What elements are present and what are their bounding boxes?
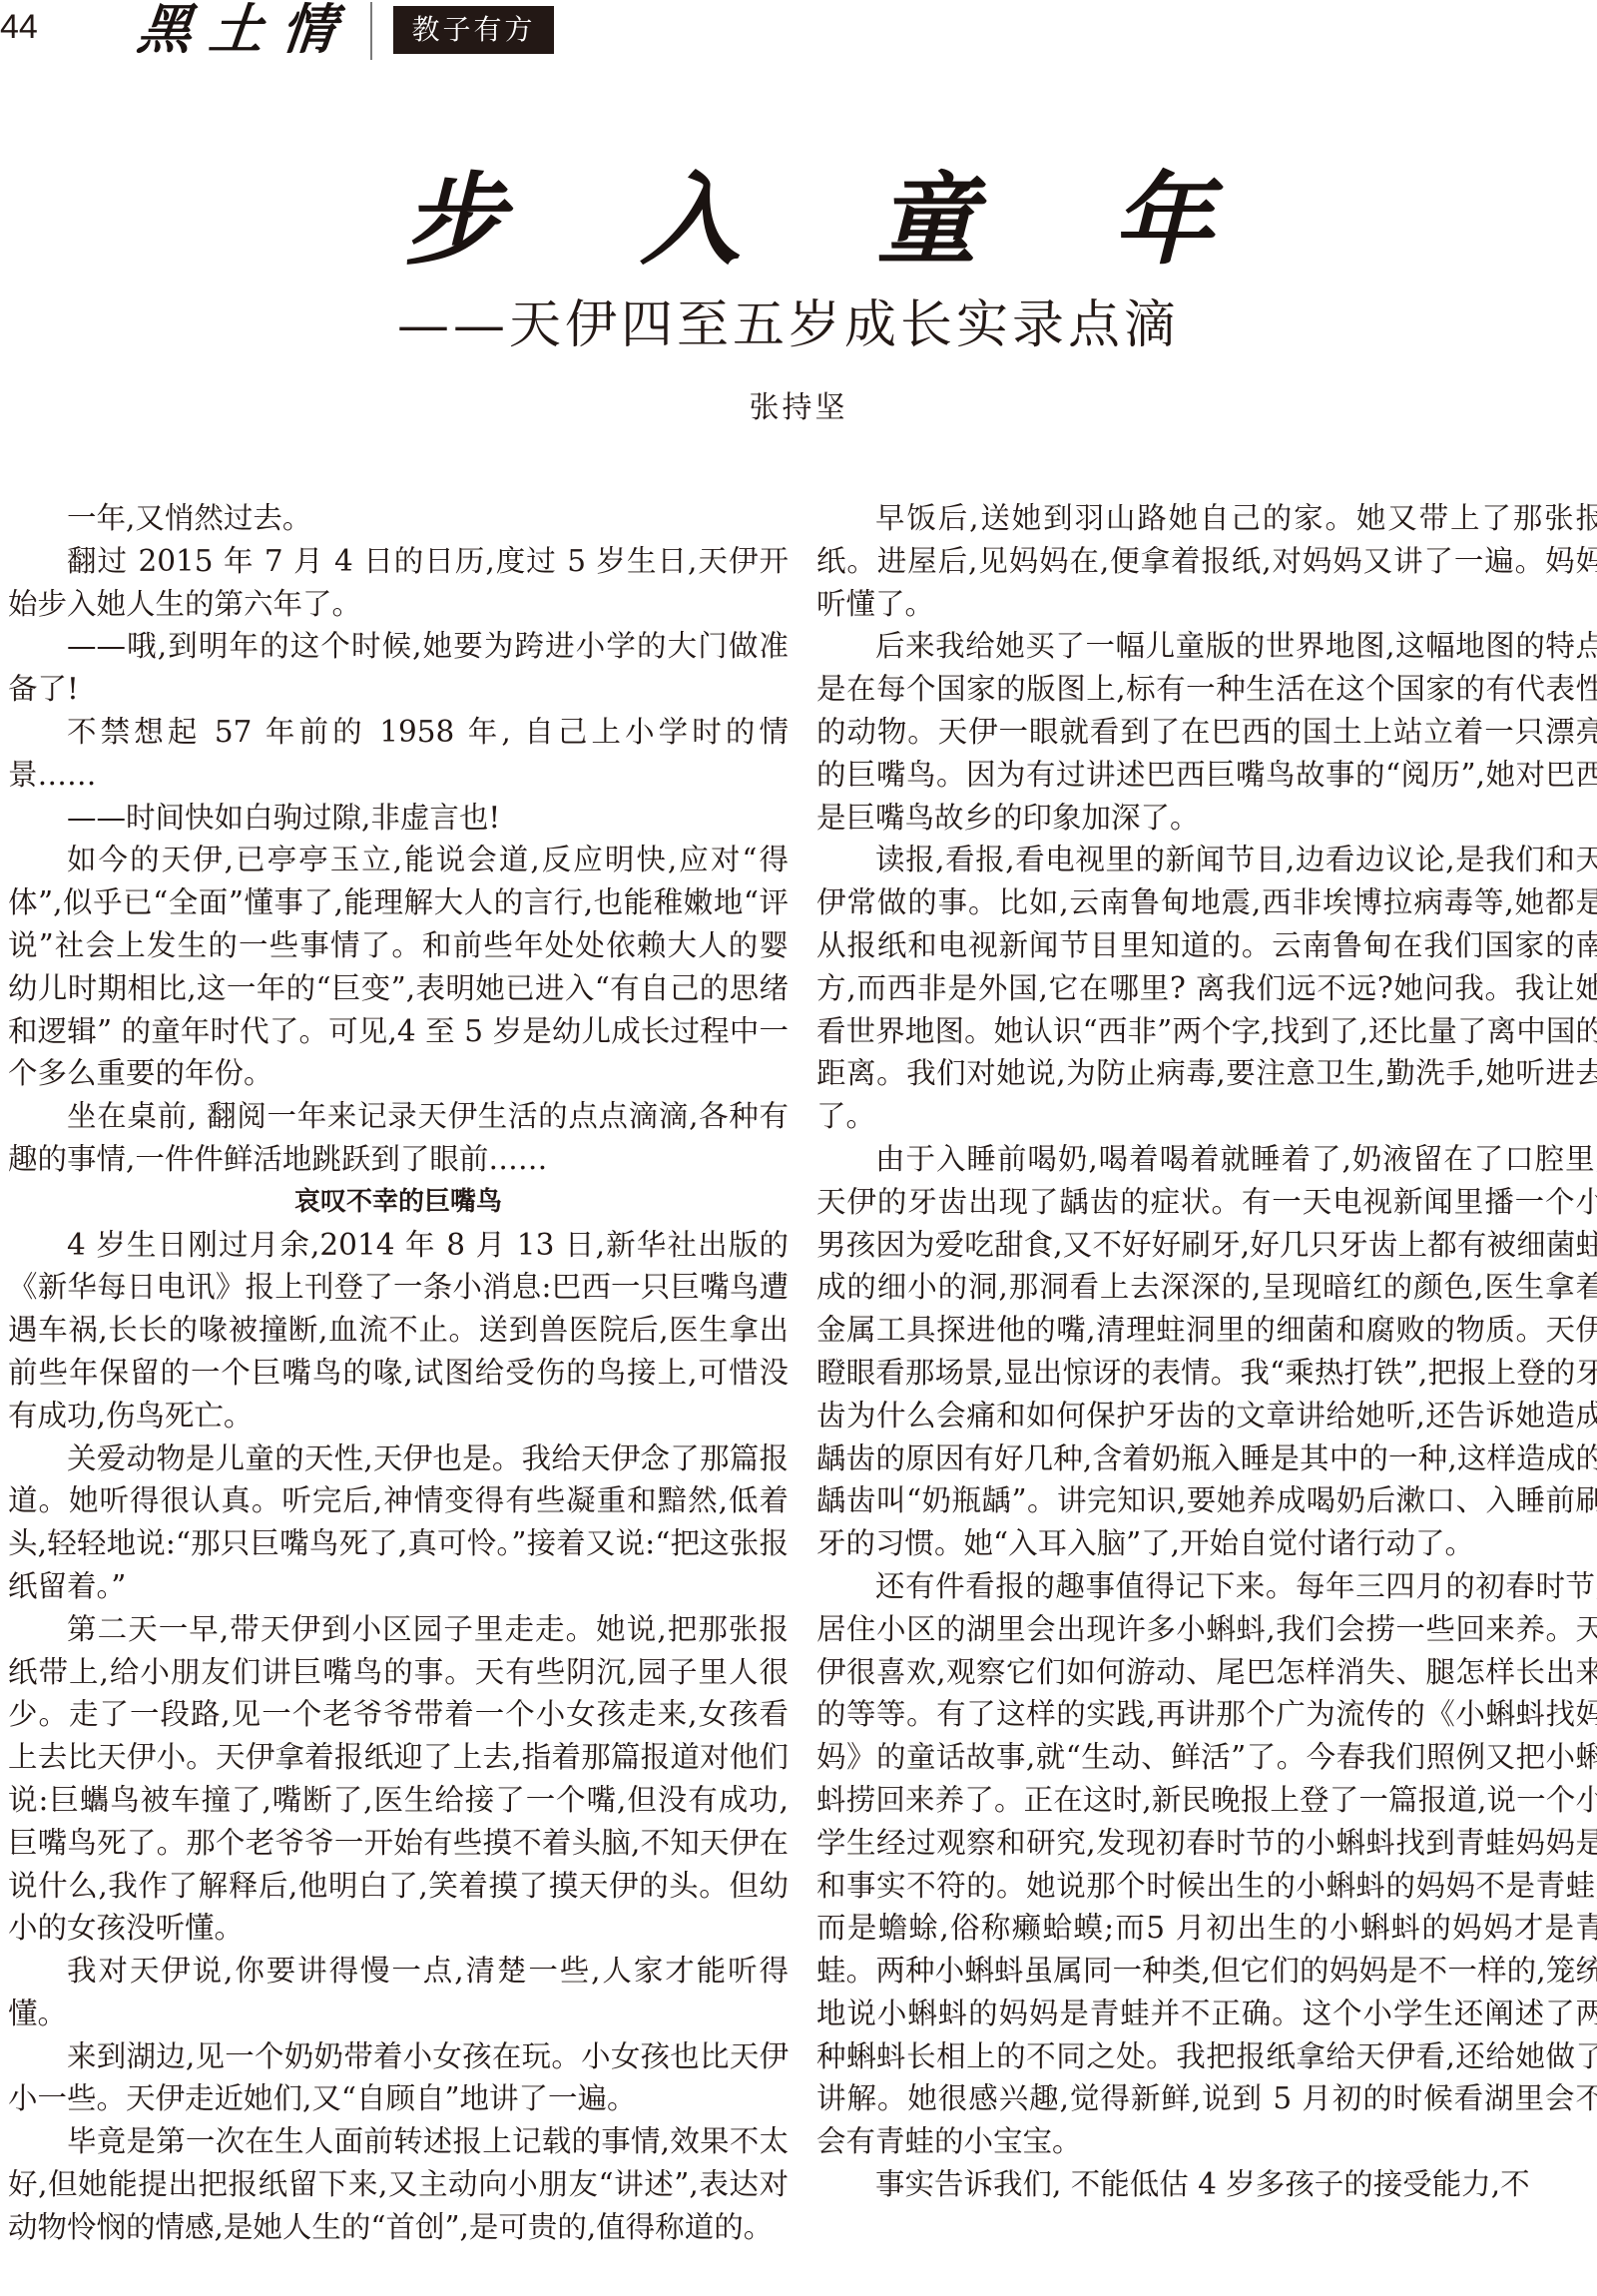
paragraph: 关爱动物是儿童的天性,天伊也是。我给天伊念了那篇报道。她听得很认真。听完后,神情…	[8, 1437, 789, 1608]
title-char: 年	[1108, 170, 1218, 270]
paragraph: ——哦,到明年的这个时候,她要为跨进小学的大门做准备了!	[8, 625, 789, 711]
paragraph: 第二天一早,带天伊到小区园子里走走。她说,把那张报纸带上,给小朋友们讲巨嘴鸟的事…	[8, 1608, 789, 1950]
paragraph: 如今的天伊,已亭亭玉立,能说会道,反应明快,应对“得体”,似乎已“全面”懂事了,…	[8, 839, 789, 1095]
article-subtitle: ——天伊四至五岁成长实录点滴	[397, 299, 1180, 351]
paragraph: 读报,看报,看电视里的新闻节目,边看边议论,是我们和天伊常做的事。比如,云南鲁甸…	[816, 839, 1597, 1138]
section-heading: 哀叹不幸的巨嘴鸟	[8, 1181, 789, 1224]
paragraph: 来到湖边,见一个奶奶带着小女孩在玩。小女孩也比天伊小一些。天伊走近她们,又“自顾…	[8, 2035, 789, 2121]
right-column: 早饭后,送她到羽山路她自己的家。她又带上了那张报纸。进屋后,见妈妈在,便拿着报纸…	[816, 497, 1597, 2206]
paragraph: 翻过 2015 年 7 月 4 日的日历,度过 5 岁生日,天伊开始步入她人生的…	[8, 540, 789, 626]
title-char: 入	[636, 170, 746, 270]
left-column: 一年,又悄然过去。 翻过 2015 年 7 月 4 日的日历,度过 5 岁生日,…	[8, 497, 789, 2249]
title-char: 步	[399, 170, 509, 270]
header-divider	[370, 2, 372, 60]
paragraph: 由于入睡前喝奶,喝着喝着就睡着了,奶液留在了口腔里,天伊的牙齿出现了龋齿的症状。…	[816, 1138, 1597, 1565]
section-tag: 教子有方	[393, 6, 554, 54]
paragraph: 4 岁生日刚过月余,2014 年 8 月 13 日,新华社出版的《新华每日电讯》…	[8, 1224, 789, 1437]
page-number: 44	[0, 10, 38, 44]
paragraph: ——时间快如白驹过隙,非虚言也!	[8, 797, 789, 840]
paragraph: 后来我给她买了一幅儿童版的世界地图,这幅地图的特点是在每个国家的版图上,标有一种…	[816, 625, 1597, 839]
paragraph: 我对天伊说,你要讲得慢一点,清楚一些,人家才能听得懂。	[8, 1950, 789, 2035]
paragraph: 不禁想起 57 年前的 1958 年, 自己上小学时的情景……	[8, 711, 789, 797]
paragraph: 坐在桌前, 翻阅一年来记录天伊生活的点点滴滴,各种有趣的事情,一件件鲜活地跳跃到…	[8, 1095, 789, 1181]
article-author: 张持坚	[0, 393, 1597, 423]
article-title: 步 入 童 年	[399, 170, 1218, 270]
paragraph: 事实告诉我们, 不能低估 4 岁多孩子的接受能力,不	[816, 2163, 1597, 2206]
paragraph: 毕竟是第一次在生人面前转述报上记载的事情,效果不太好,但她能提出把报纸留下来,又…	[8, 2120, 789, 2248]
magazine-logo: 黑土情	[135, 2, 356, 56]
title-char: 童	[871, 170, 981, 270]
paragraph: 早饭后,送她到羽山路她自己的家。她又带上了那张报纸。进屋后,见妈妈在,便拿着报纸…	[816, 497, 1597, 625]
paragraph: 一年,又悄然过去。	[8, 497, 789, 540]
paragraph: 还有件看报的趣事值得记下来。每年三四月的初春时节,居住小区的湖里会出现许多小蝌蚪…	[816, 1565, 1597, 2163]
